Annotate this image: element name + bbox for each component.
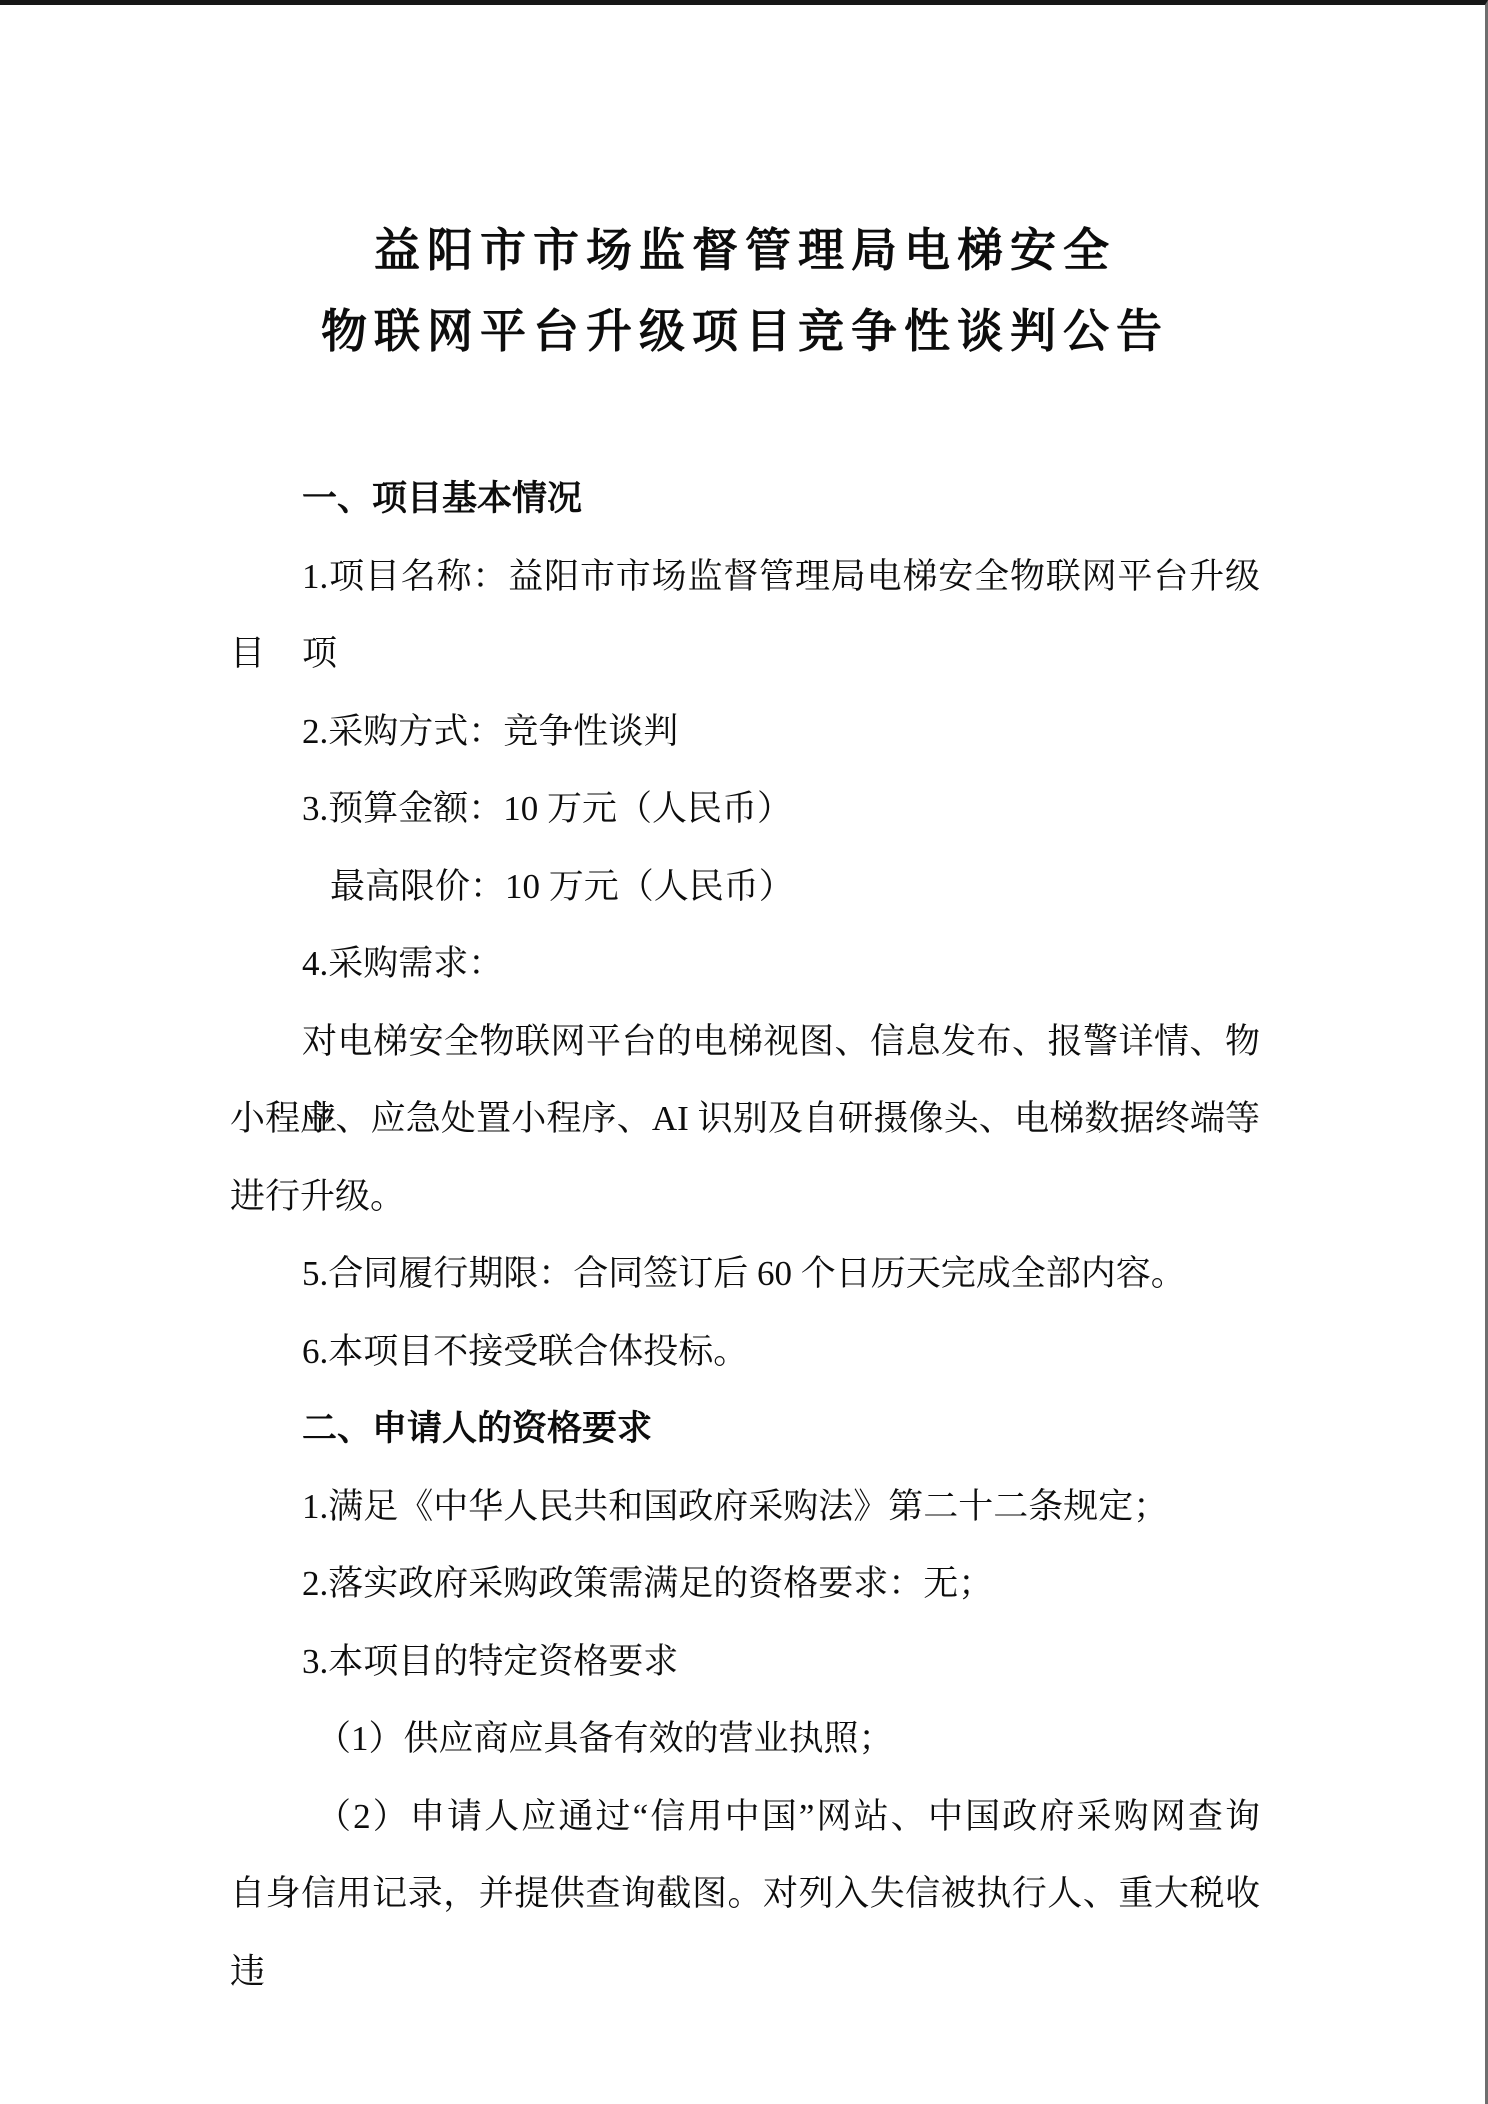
paragraph-line: 目	[230, 615, 1260, 693]
document-title: 益阳市市场监督管理局电梯安全 物联网平台升级项目竞争性谈判公告	[230, 210, 1260, 372]
section-heading-1: 一、项目基本情况	[230, 460, 1260, 538]
paragraph-line: 小程序、应急处置小程序、AI 识别及自研摄像头、电梯数据终端等	[230, 1080, 1260, 1158]
paragraph-line: 4.采购需求：	[230, 925, 1260, 1003]
section-heading-2: 二、申请人的资格要求	[230, 1390, 1260, 1468]
document-page: 益阳市市场监督管理局电梯安全 物联网平台升级项目竞争性谈判公告 一、项目基本情况…	[0, 0, 1488, 2104]
paragraph-line: 3.预算金额：10 万元（人民币）	[230, 770, 1260, 848]
paragraph-line: 对电梯安全物联网平台的电梯视图、信息发布、报警详情、物业	[230, 1003, 1260, 1081]
paragraph-line: 6.本项目不接受联合体投标。	[230, 1313, 1260, 1391]
paragraph-line: 3.本项目的特定资格要求	[230, 1623, 1260, 1701]
paragraph-line: 5.合同履行期限：合同签订后 60 个日历天完成全部内容。	[230, 1235, 1260, 1313]
paragraph-line: 2.采购方式：竞争性谈判	[230, 693, 1260, 771]
paragraph-line: 1.项目名称：益阳市市场监督管理局电梯安全物联网平台升级项	[230, 538, 1260, 616]
paragraph-line: （1）供应商应具备有效的营业执照；	[230, 1700, 1260, 1778]
paragraph-line: 进行升级。	[230, 1158, 1260, 1236]
paragraph-line: 1.满足《中华人民共和国政府采购法》第二十二条规定；	[230, 1468, 1260, 1546]
document-content: 益阳市市场监督管理局电梯安全 物联网平台升级项目竞争性谈判公告 一、项目基本情况…	[0, 210, 1485, 1933]
paragraph-line: 自身信用记录，并提供查询截图。对列入失信被执行人、重大税收违	[230, 1855, 1260, 1933]
paragraph-line: 2.落实政府采购政策需满足的资格要求：无；	[230, 1545, 1260, 1623]
paragraph-line: 最高限价：10 万元（人民币）	[230, 848, 1260, 926]
title-line-2: 物联网平台升级项目竞争性谈判公告	[230, 291, 1260, 372]
paragraph-line: （2）申请人应通过“信用中国”网站、中国政府采购网查询	[230, 1778, 1260, 1856]
document-body: 一、项目基本情况 1.项目名称：益阳市市场监督管理局电梯安全物联网平台升级项 目…	[230, 460, 1260, 1933]
title-line-1: 益阳市市场监督管理局电梯安全	[230, 210, 1260, 291]
